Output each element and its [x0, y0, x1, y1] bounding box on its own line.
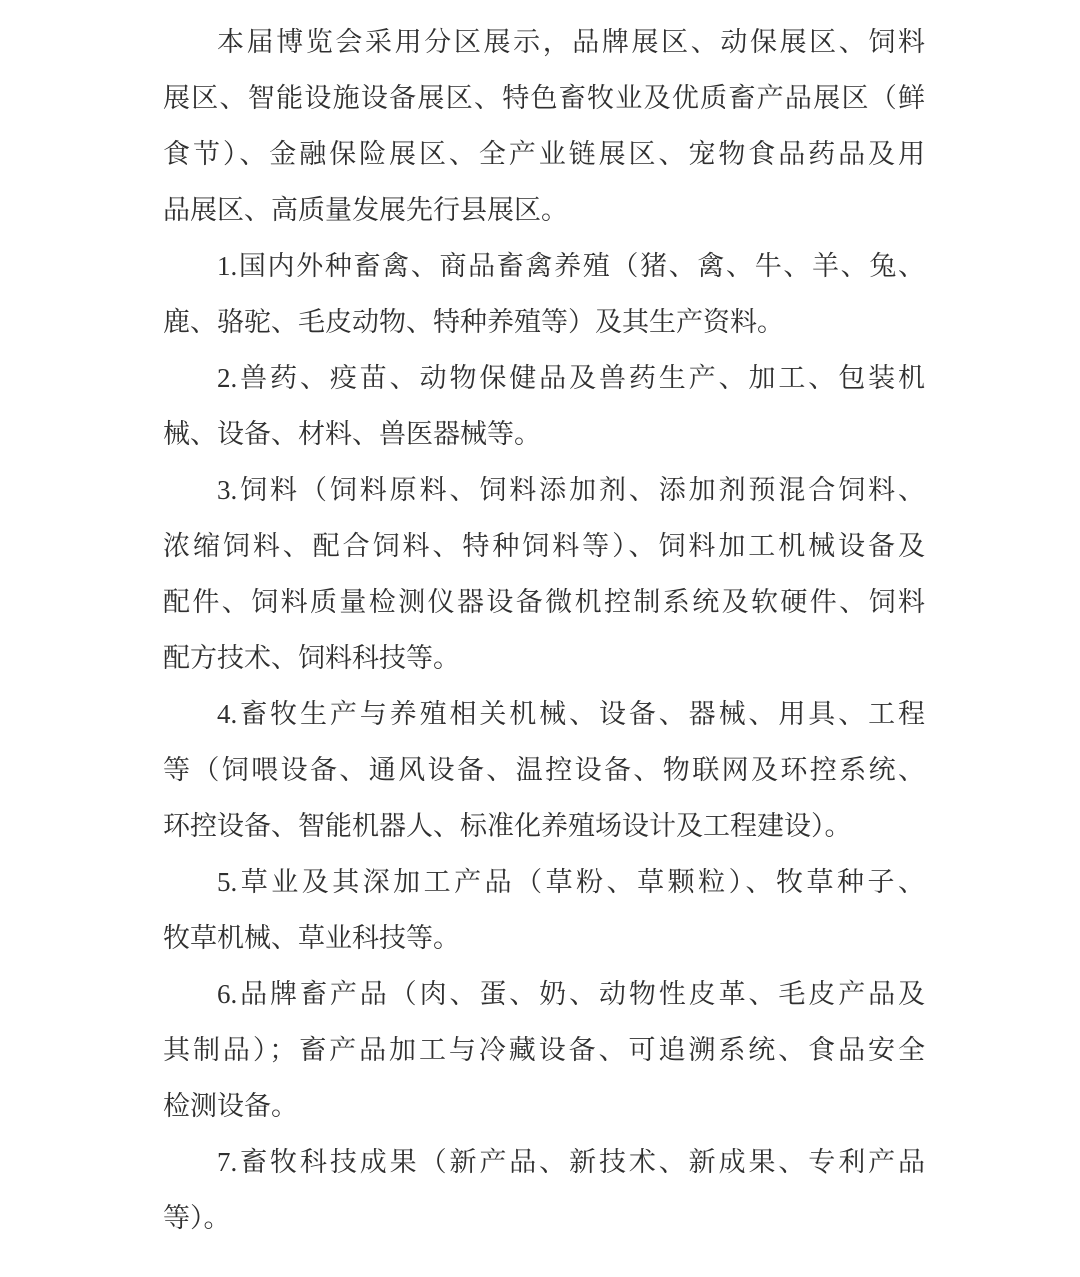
- text-line: 检测设备。: [163, 1078, 925, 1134]
- text-line: 6.品牌畜产品（肉、蛋、奶、动物性皮革、毛皮产品及: [163, 966, 925, 1022]
- paragraph: 2.兽药、疫苗、动物保健品及兽药生产、加工、包装机械、设备、材料、兽医器械等。: [163, 350, 925, 462]
- paragraph: 4.畜牧生产与养殖相关机械、设备、器械、用具、工程等（饲喂设备、通风设备、温控设…: [163, 686, 925, 854]
- text-line: 5.草业及其深加工产品（草粉、草颗粒）、牧草种子、: [163, 854, 925, 910]
- text-line: 械、设备、材料、兽医器械等。: [163, 406, 925, 462]
- text-line: 2.兽药、疫苗、动物保健品及兽药生产、加工、包装机: [163, 350, 925, 406]
- text-line: 牧草机械、草业科技等。: [163, 910, 925, 966]
- document-body: 本届博览会采用分区展示，品牌展区、动保展区、饲料展区、智能设施设备展区、特色畜牧…: [163, 14, 925, 1246]
- text-line: 其制品）；畜产品加工与冷藏设备、可追溯系统、食品安全: [163, 1022, 925, 1078]
- paragraph: 6.品牌畜产品（肉、蛋、奶、动物性皮革、毛皮产品及其制品）；畜产品加工与冷藏设备…: [163, 966, 925, 1134]
- text-line: 等（饲喂设备、通风设备、温控设备、物联网及环控系统、: [163, 742, 925, 798]
- text-line: 4.畜牧生产与养殖相关机械、设备、器械、用具、工程: [163, 686, 925, 742]
- paragraph: 3.饲料（饲料原料、饲料添加剂、添加剂预混合饲料、浓缩饲料、配合饲料、特种饲料等…: [163, 462, 925, 686]
- text-line: 本届博览会采用分区展示，品牌展区、动保展区、饲料: [163, 14, 925, 70]
- text-line: 配件、饲料质量检测仪器设备微机控制系统及软硬件、饲料: [163, 574, 925, 630]
- text-line: 3.饲料（饲料原料、饲料添加剂、添加剂预混合饲料、: [163, 462, 925, 518]
- text-line: 品展区、高质量发展先行县展区。: [163, 182, 925, 238]
- paragraph: 本届博览会采用分区展示，品牌展区、动保展区、饲料展区、智能设施设备展区、特色畜牧…: [163, 14, 925, 238]
- text-line: 鹿、骆驼、毛皮动物、特种养殖等）及其生产资料。: [163, 294, 925, 350]
- paragraph: 5.草业及其深加工产品（草粉、草颗粒）、牧草种子、牧草机械、草业科技等。: [163, 854, 925, 966]
- text-line: 展区、智能设施设备展区、特色畜牧业及优质畜产品展区（鲜: [163, 70, 925, 126]
- paragraph: 7.畜牧科技成果（新产品、新技术、新成果、专利产品等）。: [163, 1134, 925, 1246]
- text-line: 环控设备、智能机器人、标准化养殖场设计及工程建设）。: [163, 798, 925, 854]
- paragraph: 1.国内外种畜禽、商品畜禽养殖（猪、禽、牛、羊、兔、鹿、骆驼、毛皮动物、特种养殖…: [163, 238, 925, 350]
- text-line: 7.畜牧科技成果（新产品、新技术、新成果、专利产品: [163, 1134, 925, 1190]
- document-page: 本届博览会采用分区展示，品牌展区、动保展区、饲料展区、智能设施设备展区、特色畜牧…: [0, 0, 1080, 1277]
- text-line: 配方技术、饲料科技等。: [163, 630, 925, 686]
- text-line: 1.国内外种畜禽、商品畜禽养殖（猪、禽、牛、羊、兔、: [163, 238, 925, 294]
- text-line: 等）。: [163, 1190, 925, 1246]
- text-line: 浓缩饲料、配合饲料、特种饲料等）、饲料加工机械设备及: [163, 518, 925, 574]
- text-line: 食节）、金融保险展区、全产业链展区、宠物食品药品及用: [163, 126, 925, 182]
